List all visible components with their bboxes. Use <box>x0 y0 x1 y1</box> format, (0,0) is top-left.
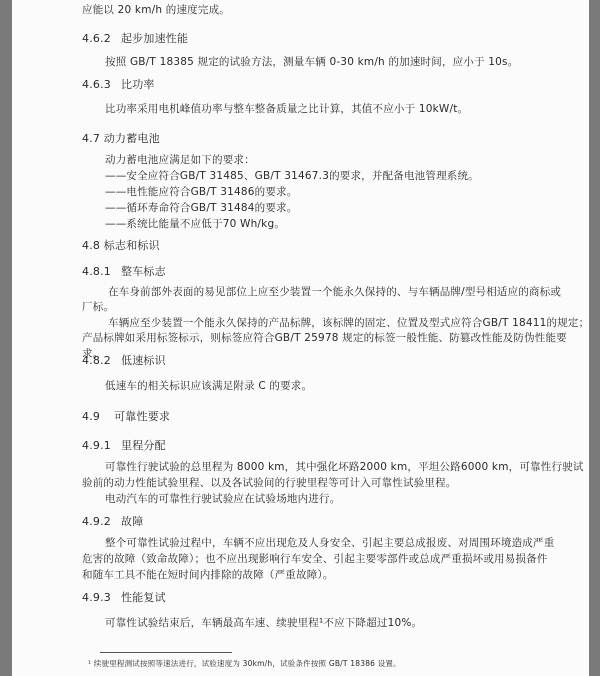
paragraph-line: 应能以 20 km/h 的速度完成。 <box>82 4 230 17</box>
document-page: 应能以 20 km/h 的速度完成。 4.6.2起步加速性能 按照 GB/T 1… <box>12 0 589 676</box>
section-title: 比功率 <box>121 78 155 91</box>
section-heading-4-8-2: 4.8.2低速标识 <box>82 354 166 367</box>
section-title: 故障 <box>121 515 143 528</box>
section-heading-4-7: 4.7 动力蓄电池 <box>82 132 160 145</box>
section-heading-4-9-3: 4.9.3性能复试 <box>82 591 166 604</box>
section-number: 4.6.3 <box>82 78 111 91</box>
section-heading-4-9-1: 4.9.1里程分配 <box>82 439 166 452</box>
section-heading-4-6-2: 4.6.2起步加速性能 <box>82 32 188 45</box>
paragraph-line: 验前的动力性能试验里程、以及各试验间的行驶里程等可计入可靠性试验里程。 <box>82 477 457 490</box>
paragraph-line: 可靠性试验结束后，车辆最高车速、续驶里程¹不应下降超过10%。 <box>105 617 422 630</box>
section-heading-4-6-3: 4.6.3比功率 <box>82 78 155 91</box>
section-number: 4.9.3 <box>82 591 111 604</box>
paragraph-line: 和随车工具不能在短时间内排除的故障（严重故障）。 <box>82 569 334 582</box>
paragraph-line: 比功率采用电机峰值功率与整车整备质量之比计算，其值不应小于 10kW/t。 <box>105 103 468 116</box>
section-number: 4.8.1 <box>82 265 111 278</box>
list-item: ——安全应符合GB/T 31485、GB/T 31467.3的要求，并配备电池管… <box>105 170 479 183</box>
section-number: 4.6.2 <box>82 32 111 45</box>
section-title: 可靠性要求 <box>114 410 170 423</box>
list-item: ——系统比能量不应低于70 Wh/kg。 <box>105 218 285 231</box>
paragraph-line: 动力蓄电池应满足如下的要求： <box>105 154 255 167</box>
paragraph-line: 车辆应至少装置一个能永久保持的产品标牌，该标牌的固定、位置及型式应符合GB/T … <box>108 317 589 330</box>
section-title: 整车标志 <box>121 265 166 278</box>
section-number: 4.9.2 <box>82 515 111 528</box>
paragraph-line: 按照 GB/T 18385 规定的试验方法，测量车辆 0-30 km/h 的加速… <box>105 56 518 69</box>
paragraph-line: 在车身前部外表面的易见部位上应至少装置一个能永久保持的、与车辆品牌/型号相适应的… <box>108 286 561 299</box>
section-heading-4-9-2: 4.9.2故障 <box>82 515 143 528</box>
section-title: 起步加速性能 <box>121 32 188 45</box>
footnote-divider <box>100 652 232 653</box>
section-title: 低速标识 <box>121 354 166 367</box>
paragraph-line: 低速车的相关标识应该满足附录 C 的要求。 <box>105 380 312 393</box>
paragraph-line: 产品标牌如采用标签标示，则标签应符合GB/T 25978 规定的标签一般性能、防… <box>82 332 567 345</box>
paragraph-line: 厂标。 <box>82 301 114 314</box>
list-item: ——电性能应符合GB/T 31486的要求。 <box>105 186 297 199</box>
section-title: 里程分配 <box>121 439 166 452</box>
section-number: 4.8.2 <box>82 354 111 367</box>
paragraph-line: 危害的故障（致命故障）；也不应出现影响行车安全、引起主要零部件或总成严重损坏或用… <box>82 553 548 566</box>
paragraph-line: 整个可靠性试验过程中，车辆不应出现危及人身安全、引起主要总成报废、对周围环境造成… <box>105 537 554 550</box>
section-heading-4-8: 4.8 标志和标识 <box>82 239 160 252</box>
section-number: 4.9.1 <box>82 439 111 452</box>
section-number: 4.9 <box>82 410 100 423</box>
footnote: ¹ 续驶里程测试按照等速法进行，试验速度为 30km/h，试验条件按照 GB/T… <box>88 659 401 669</box>
paragraph-line: 可靠性行驶试验的总里程为 8000 km，其中强化坏路2000 km，平坦公路6… <box>105 461 584 474</box>
section-title: 性能复试 <box>121 591 166 604</box>
section-heading-4-9: 4.9可靠性要求 <box>82 410 170 423</box>
list-item: ——循环寿命符合GB/T 31484的要求。 <box>105 202 297 215</box>
paragraph-line: 电动汽车的可靠性行驶试验应在试验场地内进行。 <box>105 493 340 506</box>
section-heading-4-8-1: 4.8.1整车标志 <box>82 265 166 278</box>
